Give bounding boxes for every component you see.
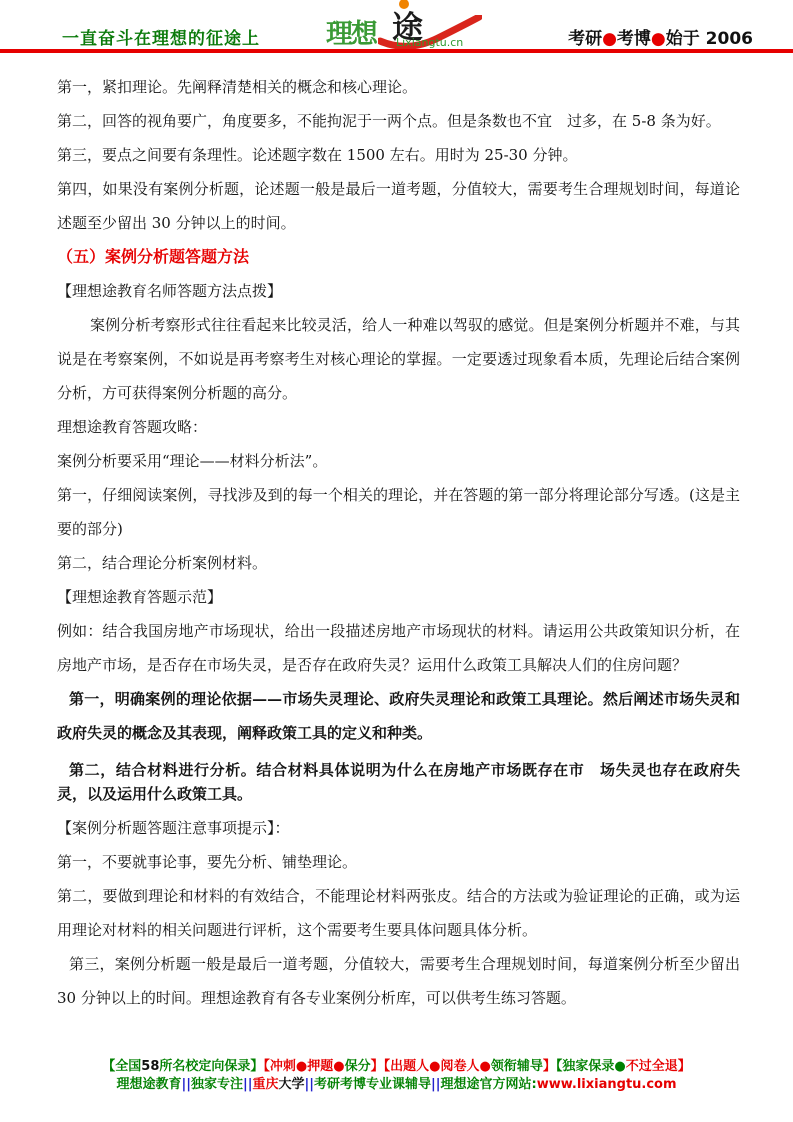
- text-segment: ●: [651, 29, 666, 49]
- text-segment: 】: [543, 1059, 556, 1074]
- header: 一直奋斗在理想的征途上 理想 途 Lixiangtu.cn 考研●考博●始于 2…: [0, 0, 793, 54]
- paragraph: 第三，案例分析题一般是最后一道考题，分值较大，需要考生合理规划时间，每道案例分析…: [57, 947, 740, 1015]
- company-slogan: 一直奋斗在理想的征途上: [62, 24, 260, 49]
- text-segment: 重庆: [252, 1077, 278, 1092]
- header-divider: [0, 49, 793, 53]
- footer-line2: 理想途教育||独家专注||重庆大学||考研考博专业课辅导||理想途官方网站:ww…: [0, 1076, 793, 1094]
- paragraph: 【理想途教育名师答题方法点拨】: [57, 274, 740, 308]
- paragraph: 第一，仔细阅读案例，寻找涉及到的每一个相关的理论，并在答题的第一部分将理论部分写…: [57, 478, 740, 546]
- page: 一直奋斗在理想的征途上 理想 途 Lixiangtu.cn 考研●考博●始于 2…: [0, 0, 793, 1122]
- logo-cn-text: 理想: [326, 12, 376, 51]
- paragraph: 【理想途教育答题示范】: [57, 580, 740, 614]
- logo-domain-text: Lixiangtu.cn: [396, 36, 463, 49]
- text-segment: 独家专注: [191, 1077, 243, 1092]
- paragraph: 第二，结合材料进行分析。结合材料具体说明为什么在房地产市场既存在市 场失灵也存在…: [57, 758, 740, 806]
- text-segment: 考研考博专业课辅导: [314, 1077, 431, 1092]
- text-segment: 理想途教育: [116, 1077, 181, 1092]
- text-segment: 保分: [345, 1059, 371, 1074]
- text-segment: 【冲刺●押题●: [263, 1059, 344, 1074]
- text-segment: 不过全退】: [626, 1059, 691, 1074]
- text-segment: 考研: [568, 29, 602, 49]
- paragraph: 第一，紧扣理论。先阐释清楚相关的概念和核心理论。: [57, 70, 740, 104]
- paragraph: 【案例分析题答题注意事项提示】：: [57, 811, 740, 845]
- text-segment: 领衔辅导: [491, 1059, 543, 1074]
- site-logo: 理想 途 Lixiangtu.cn: [326, 1, 496, 51]
- section-heading: （五）案例分析题答题方法: [57, 240, 740, 274]
- paragraph: 案例分析考察形式往往看起来比较灵活，给人一种难以驾驭的感觉。但是案例分析题并不难…: [57, 308, 740, 410]
- text-segment: 【出题人●阅卷人●: [384, 1059, 491, 1074]
- text-segment: ||: [181, 1077, 191, 1092]
- header-tagline: 考研●考博●始于 2006: [568, 24, 753, 49]
- paragraph: 第一，明确案例的理论依据——市场失灵理论、政府失灵理论和政策工具理论。然后阐述市…: [57, 682, 740, 750]
- text-segment: ||: [431, 1077, 441, 1092]
- text-segment: 【全国: [102, 1059, 141, 1074]
- paragraph: 案例分析要采用“理论——材料分析法”。: [57, 444, 740, 478]
- footer-line1: 【全国58所名校定向保录】【冲刺●押题●保分】【出题人●阅卷人●领衔辅导】【独家…: [0, 1058, 793, 1076]
- footer: 【全国58所名校定向保录】【冲刺●押题●保分】【出题人●阅卷人●领衔辅导】【独家…: [0, 1058, 793, 1094]
- text-segment: 58: [141, 1059, 159, 1074]
- text-segment: 始于 2006: [666, 29, 753, 49]
- paragraph: 理想途教育答题攻略：: [57, 410, 740, 444]
- paragraph: 第二，要做到理论和材料的有效结合，不能理论材料两张皮。结合的方法或为验证理论的正…: [57, 879, 740, 947]
- paragraph: 例如：结合我国房地产市场现状，给出一段描述房地产市场现状的材料。请运用公共政策知…: [57, 614, 740, 682]
- text-segment: ●: [602, 29, 617, 49]
- paragraph: 第二，回答的视角要广，角度要多，不能拘泥于一两个点。但是条数也不宜 过多，在 5…: [57, 104, 740, 138]
- document-body: 第一，紧扣理论。先阐释清楚相关的概念和核心理论。第二，回答的视角要广，角度要多，…: [57, 70, 740, 1015]
- text-segment: 大学: [278, 1077, 304, 1092]
- text-segment: 【独家保录●: [556, 1059, 626, 1074]
- text-segment: www.lixiangtu.com: [537, 1077, 677, 1092]
- text-segment: ||: [305, 1077, 315, 1092]
- paragraph: 第二，结合理论分析案例材料。: [57, 546, 740, 580]
- paragraph: 第一，不要就事论事，要先分析、铺垫理论。: [57, 845, 740, 879]
- text-segment: 所名校定向保录】: [159, 1059, 263, 1074]
- text-segment: 考博: [617, 29, 651, 49]
- text-segment: 】: [371, 1059, 384, 1074]
- text-segment: 理想途官方网站:: [441, 1077, 537, 1092]
- paragraph: 第三，要点之间要有条理性。论述题字数在 1500 左右。用时为 25-30 分钟…: [57, 138, 740, 172]
- paragraph: 第四，如果没有案例分析题，论述题一般是最后一道考题，分值较大，需要考生合理规划时…: [57, 172, 740, 240]
